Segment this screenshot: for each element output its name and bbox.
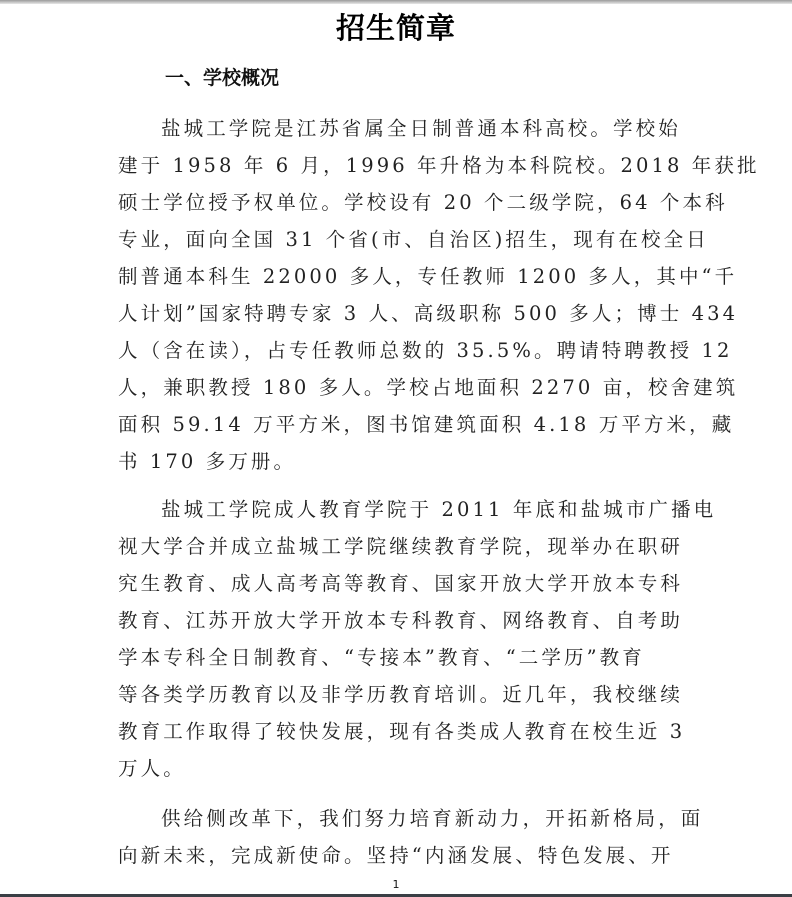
document-page: 招生简章 一、学校概况 盐城工学院是江苏省属全日制普通本科高校。学校始 建于 1… xyxy=(0,0,792,894)
text-line: 向新未来，完成新使命。坚持“内涵发展、特色发展、开 xyxy=(118,837,678,874)
text-line: 制普通本科生 22000 多人，专任教师 1200 多人，其中“千 xyxy=(118,258,678,295)
text-line: 视大学合并成立盐城工学院继续教育学院，现举办在职研 xyxy=(118,528,678,565)
text-line: 硕士学位授予权单位。学校设有 20 个二级学院，64 个本科 xyxy=(118,184,678,221)
text-line: 盐城工学院成人教育学院于 2011 年底和盐城市广播电 xyxy=(118,491,678,528)
text-line: 等各类学历教育以及非学历教育培训。近几年，我校继续 xyxy=(118,676,678,713)
text-line: 人计划”国家特聘专家 3 人、高级职称 500 多人；博士 434 xyxy=(118,295,678,332)
text-line: 供给侧改革下，我们努力培育新动力，开拓新格局，面 xyxy=(118,800,678,837)
paragraph-continuing-education: 盐城工学院成人教育学院于 2011 年底和盐城市广播电 视大学合并成立盐城工学院… xyxy=(118,491,678,787)
paragraph-school-overview: 盐城工学院是江苏省属全日制普通本科高校。学校始 建于 1958 年 6 月，19… xyxy=(118,110,678,480)
text-line: 建于 1958 年 6 月，1996 年升格为本科院校。2018 年获批 xyxy=(118,147,678,184)
text-line: 人（含在读），占专任教师总数的 35.5%。聘请特聘教授 12 xyxy=(118,332,678,369)
text-line: 教育工作取得了较快发展，现有各类成人教育在校生近 3 xyxy=(118,713,678,750)
text-line: 人，兼职教授 180 多人。学校占地面积 2270 亩，校舍建筑 xyxy=(118,369,678,406)
text-line: 面积 59.14 万平方米，图书馆建筑面积 4.18 万平方米，藏 xyxy=(118,406,678,443)
text-line: 盐城工学院是江苏省属全日制普通本科高校。学校始 xyxy=(118,110,678,147)
text-line: 究生教育、成人高考高等教育、国家开放大学开放本专科 xyxy=(118,565,678,602)
page-number: 1 xyxy=(0,878,792,891)
text-line: 学本专科全日制教育、“专接本”教育、“二学历”教育 xyxy=(118,639,678,676)
text-line: 教育、江苏开放大学开放本专科教育、网络教育、自考助 xyxy=(118,602,678,639)
page-title: 招生简章 xyxy=(0,8,792,48)
text-line: 万人。 xyxy=(118,750,678,787)
text-line: 专业，面向全国 31 个省(市、自治区)招生，现有在校全日 xyxy=(118,221,678,258)
text-line: 书 170 多万册。 xyxy=(118,443,678,480)
paragraph-supply-side-reform: 供给侧改革下，我们努力培育新动力，开拓新格局，面 向新未来，完成新使命。坚持“内… xyxy=(118,800,678,874)
section-heading: 一、学校概况 xyxy=(165,64,279,92)
